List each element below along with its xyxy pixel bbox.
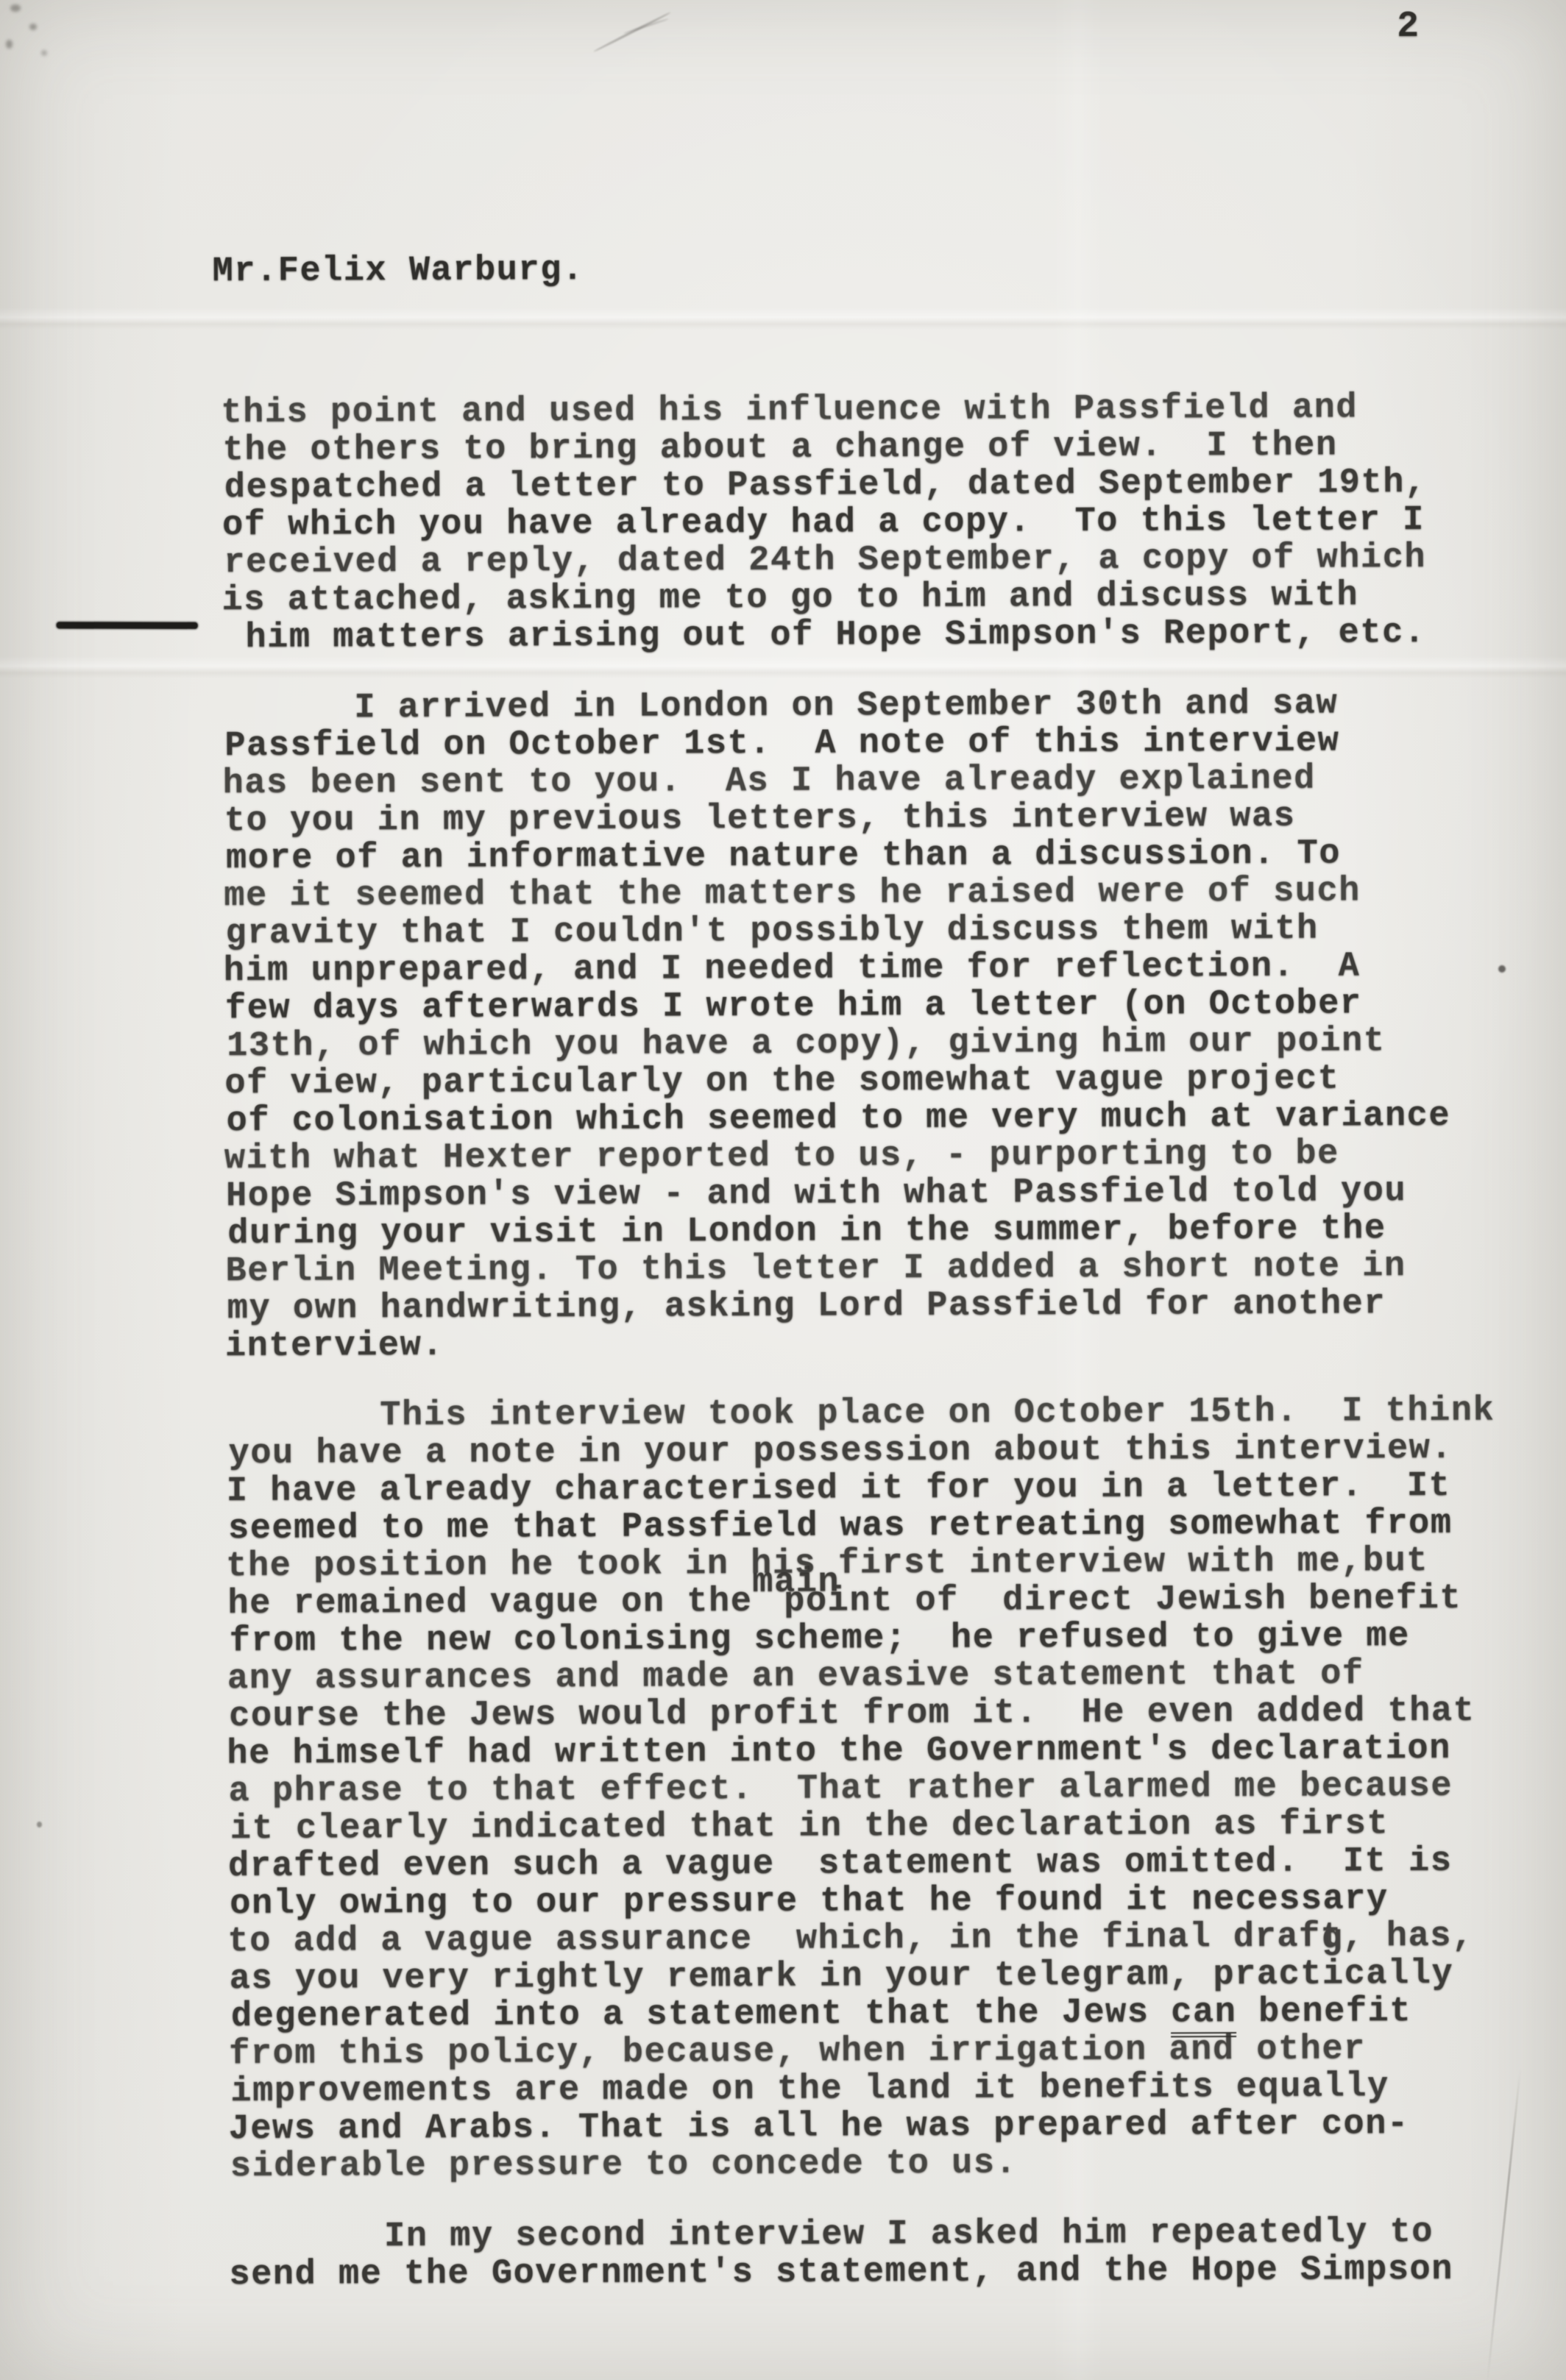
text-line: as you very rightly remark in your teleg…: [230, 1955, 1498, 1998]
text-line: him unprepared, and I needed time for re…: [224, 948, 1448, 990]
text-line: has been sent to you. As I have already …: [223, 760, 1448, 803]
scanned-letter-page: 2 Mr.Felix Warburg. this point and used …: [0, 0, 1566, 2380]
text-line: 13th, of which you have a copy), giving …: [227, 1023, 1451, 1065]
text-segment: Berlin Meeting. To this letter I added a…: [225, 1247, 1406, 1291]
text-line: the position he took in his first interv…: [226, 1542, 1494, 1585]
text-segment: only owing to our pressure that he found…: [230, 1880, 1389, 1924]
text-line: received a reply, dated 24th September, …: [224, 539, 1426, 582]
text-segment: to add a vague assurance which, in the f…: [227, 1918, 1320, 1961]
text-segment: my own handwriting, asking Lord Passfiel…: [227, 1285, 1386, 1329]
page-number: 2: [1397, 7, 1420, 48]
text-line: course the Jews would profit from it. He…: [229, 1692, 1497, 1736]
text-line: Jews and Arabs. That is all he was prepa…: [229, 2105, 1497, 2148]
paragraph: this point and used his influence with P…: [222, 389, 1425, 657]
salutation: Mr.Felix Warburg.: [213, 252, 584, 291]
text-segment: me it seemed that the matters he raised …: [224, 872, 1361, 916]
text-segment: degenerated into a statement that the Je…: [231, 1993, 1172, 2036]
text-line: him matters arising out of Hope Simpson'…: [224, 614, 1426, 657]
text-line: more of an informative nature than a dis…: [226, 835, 1450, 878]
text-line: of colonisation which seemed to me very …: [227, 1098, 1451, 1140]
margin-dash-annotation: [57, 622, 198, 629]
text-line: a phrase to that effect. That rather ala…: [229, 1767, 1497, 1811]
text-line: of view, particularly on the somewhat va…: [224, 1060, 1449, 1103]
text-segment: interview.: [225, 1326, 444, 1366]
letter-body: this point and used his influence with P…: [0, 0, 1566, 1]
text-line: me it seemed that the matters he raised …: [224, 873, 1448, 915]
text-line: with what Hexter reported to us, - purpo…: [224, 1135, 1449, 1178]
text-line: during your visit in London in the summe…: [227, 1210, 1452, 1253]
text-line: only owing to our pressure that he found…: [230, 1880, 1498, 1923]
text-line: he himself had written into the Governme…: [227, 1730, 1495, 1773]
text-line: In my second interview I asked him repea…: [231, 2214, 1456, 2256]
text-segment: gravity that I couldn't possibly discuss…: [225, 910, 1318, 953]
text-line: from the new colonising scheme; he refus…: [230, 1617, 1498, 1660]
text-segment: more of an informative nature than a dis…: [226, 834, 1341, 878]
text-segment: siderable pressure to concede to us.: [230, 2144, 1018, 2187]
text-segment: Jews and Arabs. That is all he was prepa…: [229, 2105, 1409, 2149]
text-line: to add a vague assurance which, in the f…: [227, 1917, 1495, 1961]
text-segment: to you in my previous letters, this inte…: [224, 798, 1296, 841]
text-segment: of view, particularly on the somewhat va…: [224, 1059, 1339, 1104]
text-segment: this point and used his influence with P…: [221, 388, 1358, 433]
text-segment: send me the Government's statement, and …: [229, 2251, 1453, 2295]
text-line: send me the Government's statement, and …: [229, 2251, 1453, 2294]
text-segment: few days afterwards I wrote him a letter…: [225, 984, 1362, 1029]
text-line: he remained vague on themainpoint of dir…: [227, 1580, 1495, 1623]
text-segment: point of direct Jewish benefit: [784, 1580, 1462, 1621]
text-segment: him unprepared, and I needed time for re…: [224, 947, 1361, 991]
text-segment: from the new colonising scheme; he refus…: [230, 1617, 1410, 1661]
text-line: improvements are made on the land it ben…: [230, 2067, 1498, 2111]
text-line: it clearly indicated that in the declara…: [230, 1805, 1498, 1848]
text-line: Hope Simpson's view - and with what Pass…: [226, 1173, 1450, 1215]
text-segment: , has,: [1342, 1917, 1473, 1957]
paragraph: In my second interview I asked him repea…: [230, 2214, 1455, 2294]
text-segment: is attached, asking me to go to him and …: [222, 576, 1358, 620]
text-line: is attached, asking me to go to him and …: [222, 577, 1424, 619]
text-line: I arrived in London on September 30th an…: [223, 685, 1448, 728]
interlinear-insertion: main: [752, 1563, 840, 1602]
text-line: gravity that I couldn't possibly discuss…: [225, 910, 1450, 953]
text-segment: him matters arising out of Hope Simpson'…: [224, 614, 1426, 658]
text-segment: during your visit in London in the summe…: [227, 1209, 1386, 1254]
text-segment: Passfield on October 1st. A note of this…: [224, 722, 1339, 766]
text-line: despatched a letter to Passfield, dated …: [224, 464, 1427, 507]
text-segment: Hope Simpson's view - and with what Pass…: [226, 1172, 1406, 1216]
text-segment: from this policy, because, when irrigati…: [229, 2030, 1366, 2074]
paragraph: I arrived in London on September 30th an…: [224, 685, 1450, 1365]
text-segment: benefit: [1236, 1992, 1411, 2032]
text-segment: the others to bring about a change of vi…: [223, 426, 1338, 470]
text-line: to you in my previous letters, this inte…: [224, 798, 1449, 840]
text-segment: with what Hexter reported to us, - purpo…: [224, 1134, 1339, 1179]
text-line: from this policy, because, when irrigati…: [229, 2030, 1497, 2073]
text-line: of which you have already had a copy. To…: [222, 502, 1425, 544]
text-segment: 13th, of which you have a copy), giving …: [227, 1022, 1386, 1066]
text-line: degenerated into a statement that the Je…: [231, 1992, 1499, 2036]
text-line: This interview took place on October 15t…: [227, 1392, 1495, 1435]
text-line: any assurances and made an evasive state…: [227, 1655, 1495, 1698]
text-segment: I arrived in London on September 30th an…: [223, 684, 1338, 728]
text-line: you have a note in your possession about…: [229, 1429, 1497, 1473]
paragraph: This interview took place on October 15t…: [227, 1392, 1498, 2186]
text-line: seemed to me that Passfield was retreati…: [228, 1505, 1496, 1548]
text-line: Berlin Meeting. To this letter I added a…: [225, 1248, 1450, 1290]
text-line: I have already characterised it for you …: [227, 1467, 1495, 1510]
text-line: Passfield on October 1st. A note of this…: [224, 722, 1449, 765]
overstrike-glyph: g: [1322, 1920, 1344, 1958]
text-line: siderable pressure to concede to us.: [230, 2142, 1498, 2186]
text-segment: any assurances and made an evasive state…: [227, 1655, 1364, 1699]
text-line: few days afterwards I wrote him a letter…: [225, 985, 1450, 1028]
text-line: this point and used his influence with P…: [221, 389, 1423, 432]
overstruck-character: tg: [1321, 1918, 1343, 1955]
text-segment: he remained vague on the: [227, 1582, 752, 1624]
text-segment: improvements are made on the land it ben…: [230, 2067, 1389, 2111]
text-line: drafted even such a vague statement was …: [228, 1842, 1496, 1886]
text-line: the others to bring about a change of vi…: [223, 427, 1425, 469]
text-line: my own handwriting, asking Lord Passfiel…: [227, 1285, 1452, 1328]
text-segment: it clearly indicated that in the declara…: [230, 1805, 1389, 1849]
typewritten-content: 2 Mr.Felix Warburg. this point and used …: [0, 0, 1566, 2380]
text-line: interview.: [225, 1323, 1450, 1365]
text-segment: has been sent to you. As I have already …: [223, 760, 1316, 803]
